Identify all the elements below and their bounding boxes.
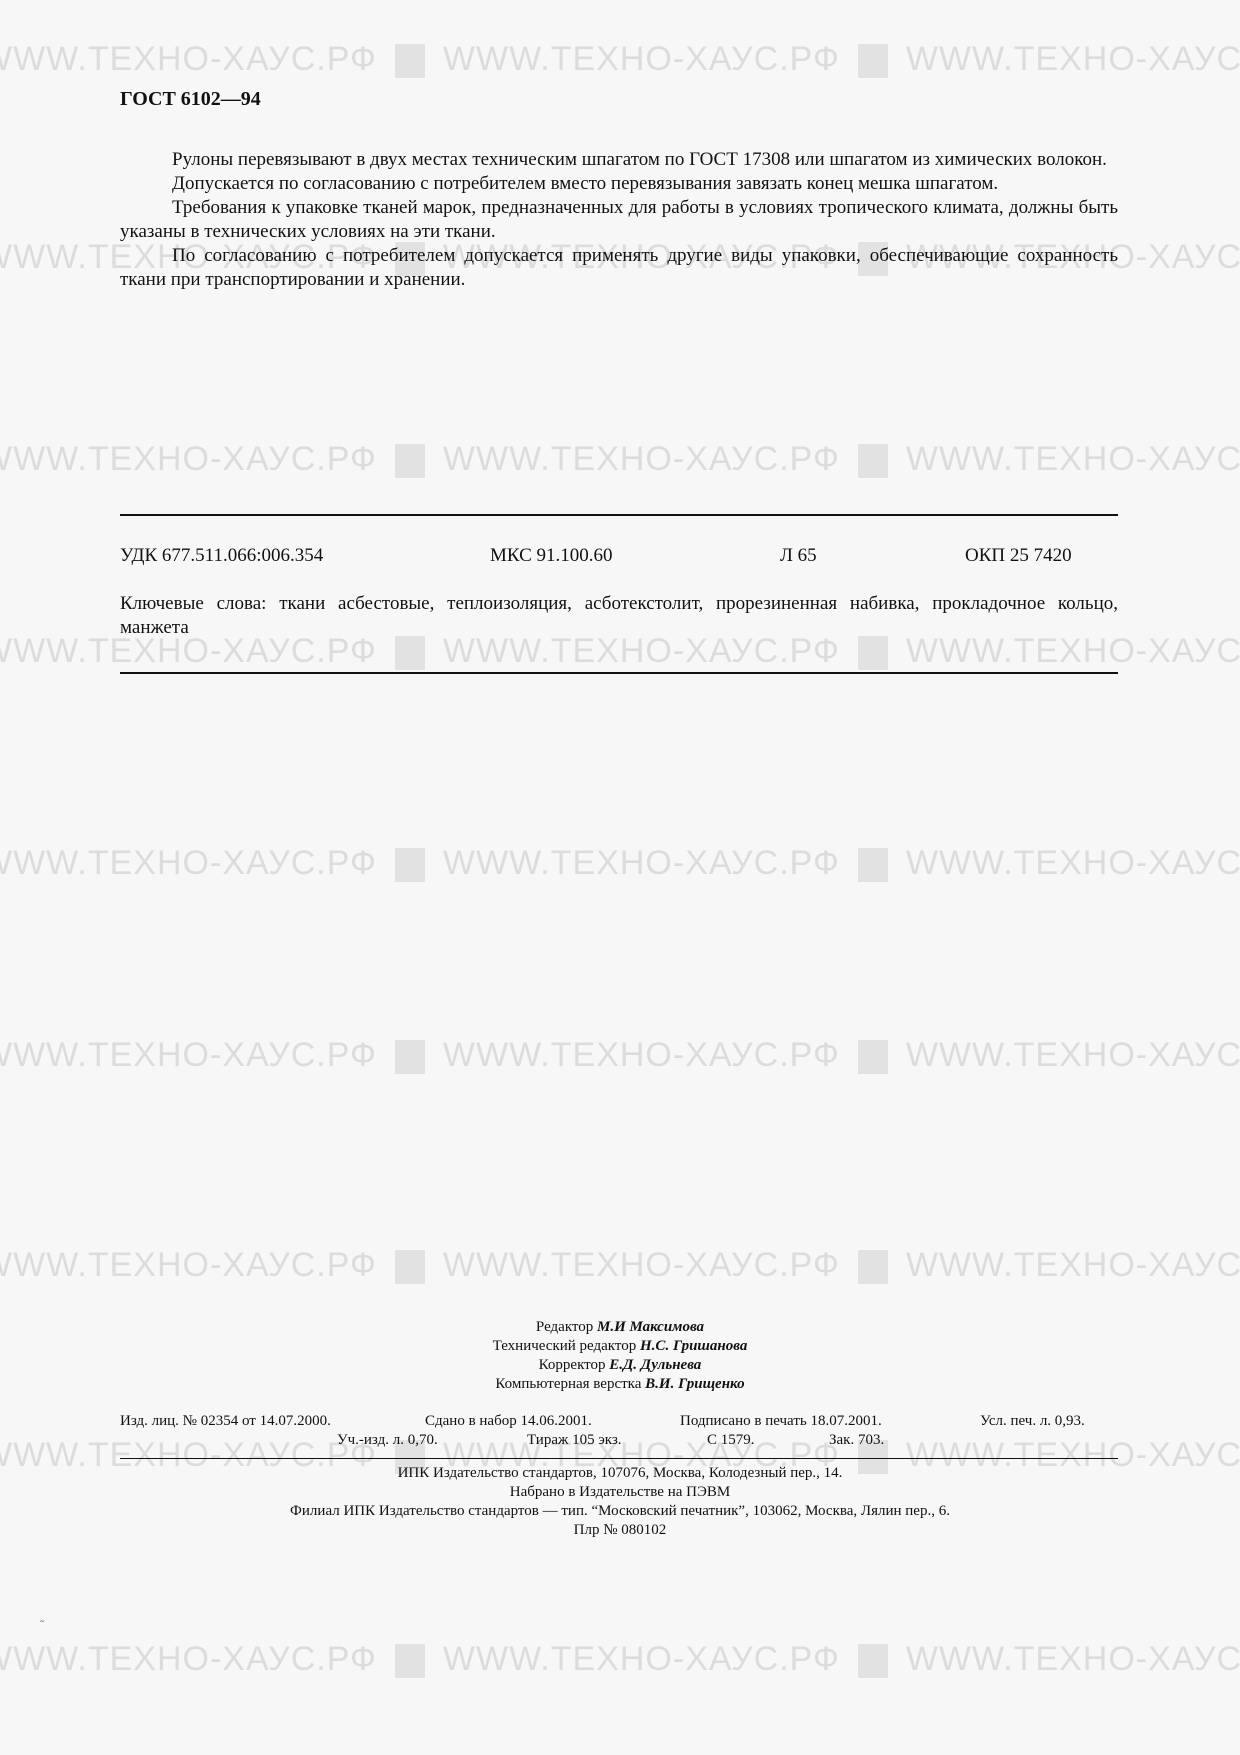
publisher-line: Плр № 080102 xyxy=(0,1521,1240,1540)
watermark-text: WWW.ТЕХНО-ХАУС.РФ xyxy=(443,40,840,79)
watermark-logo-icon xyxy=(395,44,425,78)
divider xyxy=(120,514,1118,516)
watermark-logo-icon xyxy=(858,1040,888,1074)
watermark-logo-icon xyxy=(395,444,425,478)
udk-code: УДК 677.511.066:006.354 xyxy=(120,545,490,567)
publisher-line: Филиал ИПК Издательство стандартов — тип… xyxy=(0,1502,1240,1521)
watermark-logo-icon xyxy=(395,1250,425,1284)
watermark-text: WWW.ТЕХНО-ХАУС.РФ xyxy=(443,1640,840,1679)
watermark-text: WWW.ТЕХНО-ХАУС.РФ xyxy=(906,40,1240,79)
watermark-logo-icon xyxy=(395,848,425,882)
credit-line: Редактор М.И Максимова xyxy=(0,1318,1240,1337)
classification-codes: УДК 677.511.066:006.354 МКС 91.100.60 Л … xyxy=(120,545,1118,567)
watermark-logo-icon xyxy=(858,848,888,882)
watermark-text: WWW.ТЕХНО-ХАУС.РФ xyxy=(443,1036,840,1075)
watermark-logo-icon xyxy=(395,636,425,670)
watermark-row: WWW.ТЕХНО-ХАУС.РФWWW.ТЕХНО-ХАУС.РФWWW.ТЕ… xyxy=(0,844,1240,883)
watermark-text: WWW.ТЕХНО-ХАУС.РФ xyxy=(906,1640,1240,1679)
watermark-text: WWW.ТЕХНО-ХАУС.РФ xyxy=(906,440,1240,479)
watermark-logo-icon xyxy=(858,1250,888,1284)
publisher-line: ИПК Издательство стандартов, 107076, Мос… xyxy=(0,1464,1240,1483)
watermark-logo-icon xyxy=(858,1644,888,1678)
watermark-text: WWW.ТЕХНО-ХАУС.РФ xyxy=(0,40,377,79)
signed-to-print: Подписано в печать 18.07.2001. xyxy=(680,1412,980,1431)
watermark-row: WWW.ТЕХНО-ХАУС.РФWWW.ТЕХНО-ХАУС.РФWWW.ТЕ… xyxy=(0,1246,1240,1285)
watermark-text: WWW.ТЕХНО-ХАУС.РФ xyxy=(443,1246,840,1285)
paragraph: Допускается по согласованию с потребител… xyxy=(120,172,1118,196)
credits: Редактор М.И Максимова Технический редак… xyxy=(0,1318,1240,1394)
watermark-text: WWW.ТЕХНО-ХАУС.РФ xyxy=(906,1246,1240,1285)
watermark-text: WWW.ТЕХНО-ХАУС.РФ xyxy=(0,1640,377,1679)
paragraph: Рулоны перевязывают в двух местах технич… xyxy=(120,148,1118,172)
watermark-logo-icon xyxy=(858,444,888,478)
c-number: С 1579. xyxy=(707,1431,829,1450)
pub-sheets: Уч.-изд. л. 0,70. xyxy=(337,1431,527,1450)
document-id: ГОСТ 6102—94 xyxy=(120,88,1118,111)
license: Изд. лиц. № 02354 от 14.07.2000. xyxy=(120,1412,425,1431)
watermark-row: WWW.ТЕХНО-ХАУС.РФWWW.ТЕХНО-ХАУС.РФWWW.ТЕ… xyxy=(0,1036,1240,1075)
body-text: Рулоны перевязывают в двух местах технич… xyxy=(120,148,1118,292)
watermark-row: WWW.ТЕХНО-ХАУС.РФWWW.ТЕХНО-ХАУС.РФWWW.ТЕ… xyxy=(0,440,1240,479)
watermark-text: WWW.ТЕХНО-ХАУС.РФ xyxy=(0,1246,377,1285)
watermark-logo-icon xyxy=(858,44,888,78)
okp-code: ОКП 25 7420 xyxy=(965,545,1072,567)
divider xyxy=(120,1458,1118,1459)
credit-line: Корректор Е.Д. Дульнева xyxy=(0,1356,1240,1375)
footer-mark: ~ xyxy=(40,1617,44,1626)
watermark-text: WWW.ТЕХНО-ХАУС.РФ xyxy=(906,844,1240,883)
credit-line: Компьютерная верстка В.И. Грищенко xyxy=(0,1375,1240,1394)
watermark-row: WWW.ТЕХНО-ХАУС.РФWWW.ТЕХНО-ХАУС.РФWWW.ТЕ… xyxy=(0,1640,1240,1679)
watermark-logo-icon xyxy=(395,1040,425,1074)
watermark-text: WWW.ТЕХНО-ХАУС.РФ xyxy=(443,844,840,883)
watermark-logo-icon xyxy=(858,636,888,670)
order-number: Зак. 703. xyxy=(829,1431,884,1450)
watermark-row: WWW.ТЕХНО-ХАУС.РФWWW.ТЕХНО-ХАУС.РФWWW.ТЕ… xyxy=(0,40,1240,79)
watermark-text: WWW.ТЕХНО-ХАУС.РФ xyxy=(443,440,840,479)
watermark-text: WWW.ТЕХНО-ХАУС.РФ xyxy=(0,440,377,479)
sent-to-set: Сдано в набор 14.06.2001. xyxy=(425,1412,680,1431)
watermark-text: WWW.ТЕХНО-ХАУС.РФ xyxy=(0,844,377,883)
divider xyxy=(120,672,1118,674)
group-code: Л 65 xyxy=(780,545,965,567)
watermark-text: WWW.ТЕХНО-ХАУС.РФ xyxy=(906,1036,1240,1075)
publisher-line: Набрано в Издательстве на ПЭВМ xyxy=(0,1483,1240,1502)
keywords: Ключевые слова: ткани асбестовые, теплои… xyxy=(120,592,1118,640)
credit-line: Технический редактор Н.С. Гришанова xyxy=(0,1337,1240,1356)
print-sheets: Усл. печ. л. 0,93. xyxy=(980,1412,1085,1431)
watermark-logo-icon xyxy=(395,1644,425,1678)
circulation: Тираж 105 экз. xyxy=(527,1431,707,1450)
paragraph: Требования к упаковке тканей марок, пред… xyxy=(120,196,1118,244)
paragraph: По согласованию с потребителем допускает… xyxy=(120,244,1118,292)
publication-info: Изд. лиц. № 02354 от 14.07.2000. Сдано в… xyxy=(120,1412,1118,1450)
watermark-text: WWW.ТЕХНО-ХАУС.РФ xyxy=(0,1036,377,1075)
mks-code: МКС 91.100.60 xyxy=(490,545,780,567)
publisher-info: ИПК Издательство стандартов, 107076, Мос… xyxy=(0,1464,1240,1540)
